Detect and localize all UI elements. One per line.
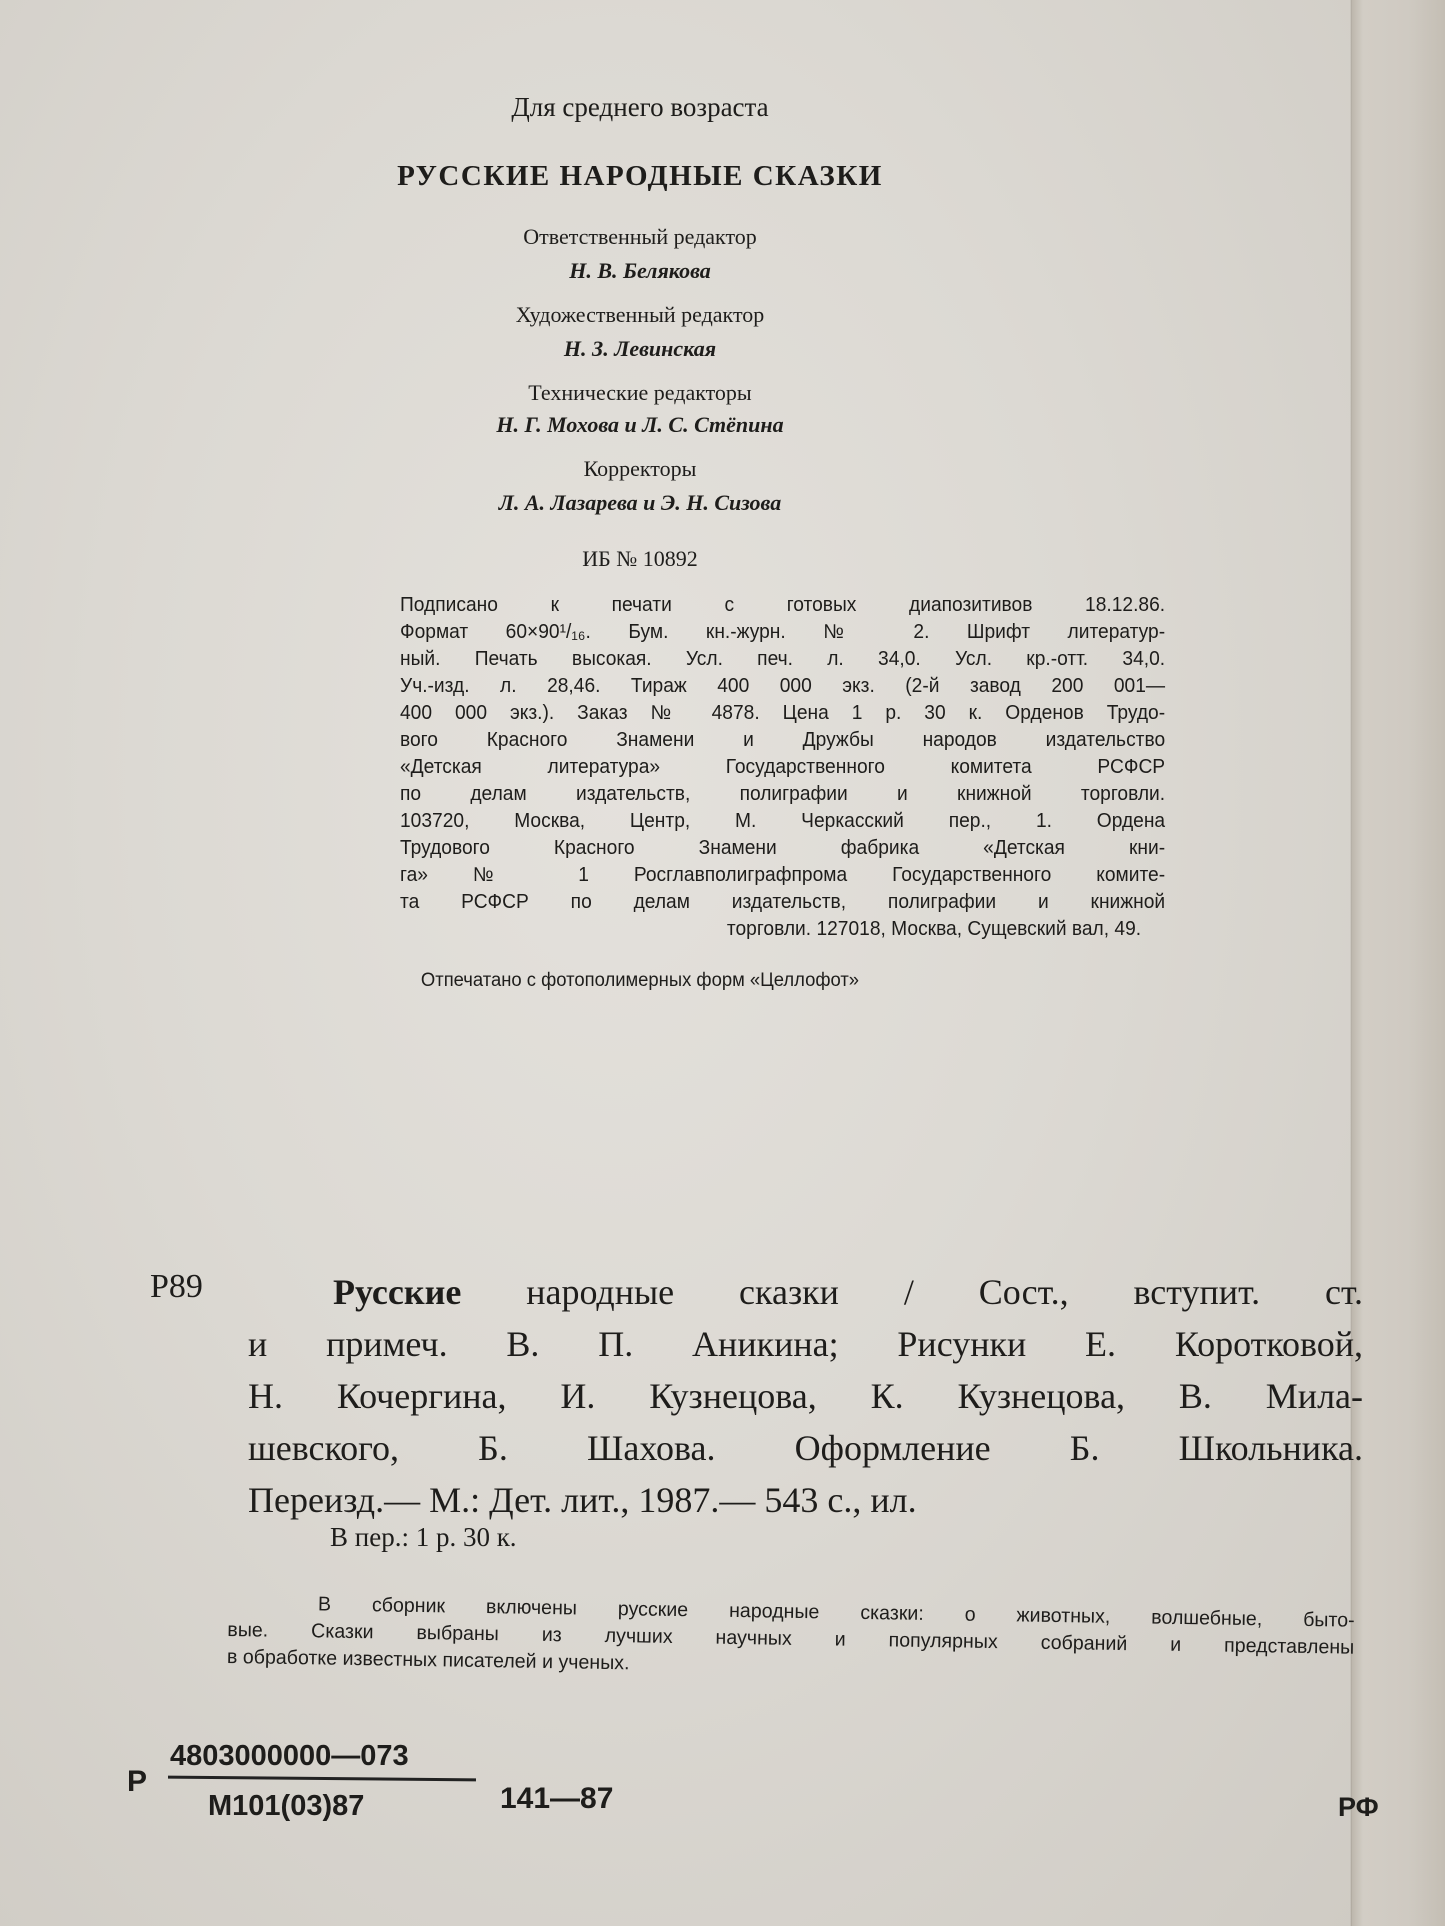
credit-names: Н. В. Белякова	[0, 258, 1280, 284]
imprint-line: 103720, Москва, Центр, М. Черкасский пер…	[400, 808, 1165, 835]
imprint-line: «Детская литература» Государственного ко…	[400, 754, 1165, 781]
credit-names: Л. А. Лазарева и Э. Н. Сизова	[0, 490, 1280, 516]
audience-label: Для среднего возраста	[0, 92, 1280, 123]
card-title-bold: Русские	[333, 1272, 461, 1312]
credit-names: Н. З. Левинская	[0, 336, 1280, 362]
card-line: Переизд.— М.: Дет. лит., 1987.— 543 с., …	[248, 1474, 1363, 1526]
book-title: РУССКИЕ НАРОДНЫЕ СКАЗКИ	[0, 160, 1280, 193]
code-right: 141—87	[500, 1782, 613, 1816]
card-first-line: Русские народные сказки / Сост., вступит…	[248, 1266, 1363, 1318]
card-line: Н. Кочергина, И. Кузнецова, К. Кузнецова…	[248, 1370, 1363, 1422]
imprint-line: вого Красного Знамени и Дружбы народов и…	[400, 727, 1165, 754]
fraction-bar	[168, 1776, 476, 1782]
credit-role: Корректоры	[0, 456, 1280, 482]
classification-code: Р89	[150, 1268, 203, 1306]
imprint-line: Уч.-изд. л. 28,46. Тираж 400 000 экз. (2…	[400, 673, 1165, 700]
card-title-rest: народные сказки / Сост., вступит. ст.	[526, 1272, 1363, 1312]
fraction-denominator: М101(03)87	[208, 1790, 478, 1823]
imprint-line: Формат 60×90¹/₁₆. Бум. кн.-журн. № 2. Шр…	[400, 619, 1165, 646]
imprint-line: торговли. 127018, Москва, Сущевский вал,…	[400, 916, 1141, 943]
imprint-line: ный. Печать высокая. Усл. печ. л. 34,0. …	[400, 646, 1165, 673]
adjacent-page-edge	[1352, 0, 1445, 1926]
imprint-line: 400 000 экз.). Заказ № 4878. Цена 1 р. 3…	[400, 700, 1165, 727]
credit-names: Н. Г. Мохова и Л. С. Стёпина	[0, 412, 1280, 438]
rf-mark: РФ	[1338, 1792, 1379, 1823]
credit-role: Технические редакторы	[0, 380, 1280, 406]
binding-price: В пер.: 1 р. 30 к.	[330, 1522, 517, 1553]
catalog-card: Русские народные сказки / Сост., вступит…	[248, 1266, 1363, 1526]
imprint-line: Подписано к печати с готовых диапозитиво…	[400, 592, 1165, 619]
code-prefix: Р	[127, 1765, 147, 1799]
imprint-line: по делам издательств, полиграфии и книжн…	[400, 781, 1165, 808]
imprint-block: Подписано к печати с готовых диапозитиво…	[400, 592, 1165, 943]
card-line: и примеч. В. П. Аникина; Рисунки Е. Коро…	[248, 1318, 1363, 1370]
credit-role: Ответственный редактор	[0, 224, 1280, 250]
printed-with-note: Отпечатано с фотополимерных форм «Целлоф…	[19, 970, 1261, 992]
credit-role: Художественный редактор	[0, 302, 1280, 328]
imprint-line: га» № 1 Росглавполиграфпрома Государстве…	[400, 862, 1165, 889]
fraction-numerator: 4803000000—073	[170, 1740, 478, 1773]
card-line: шевского, Б. Шахова. Оформление Б. Школь…	[248, 1422, 1363, 1474]
imprint-line: та РСФСР по делам издательств, полиграфи…	[400, 889, 1165, 916]
isbn-fraction: 4803000000—073 М101(03)87	[168, 1740, 478, 1823]
imprint-line: Трудового Красного Знамени фабрика «Детс…	[400, 835, 1165, 862]
ib-number: ИБ № 10892	[0, 546, 1280, 572]
